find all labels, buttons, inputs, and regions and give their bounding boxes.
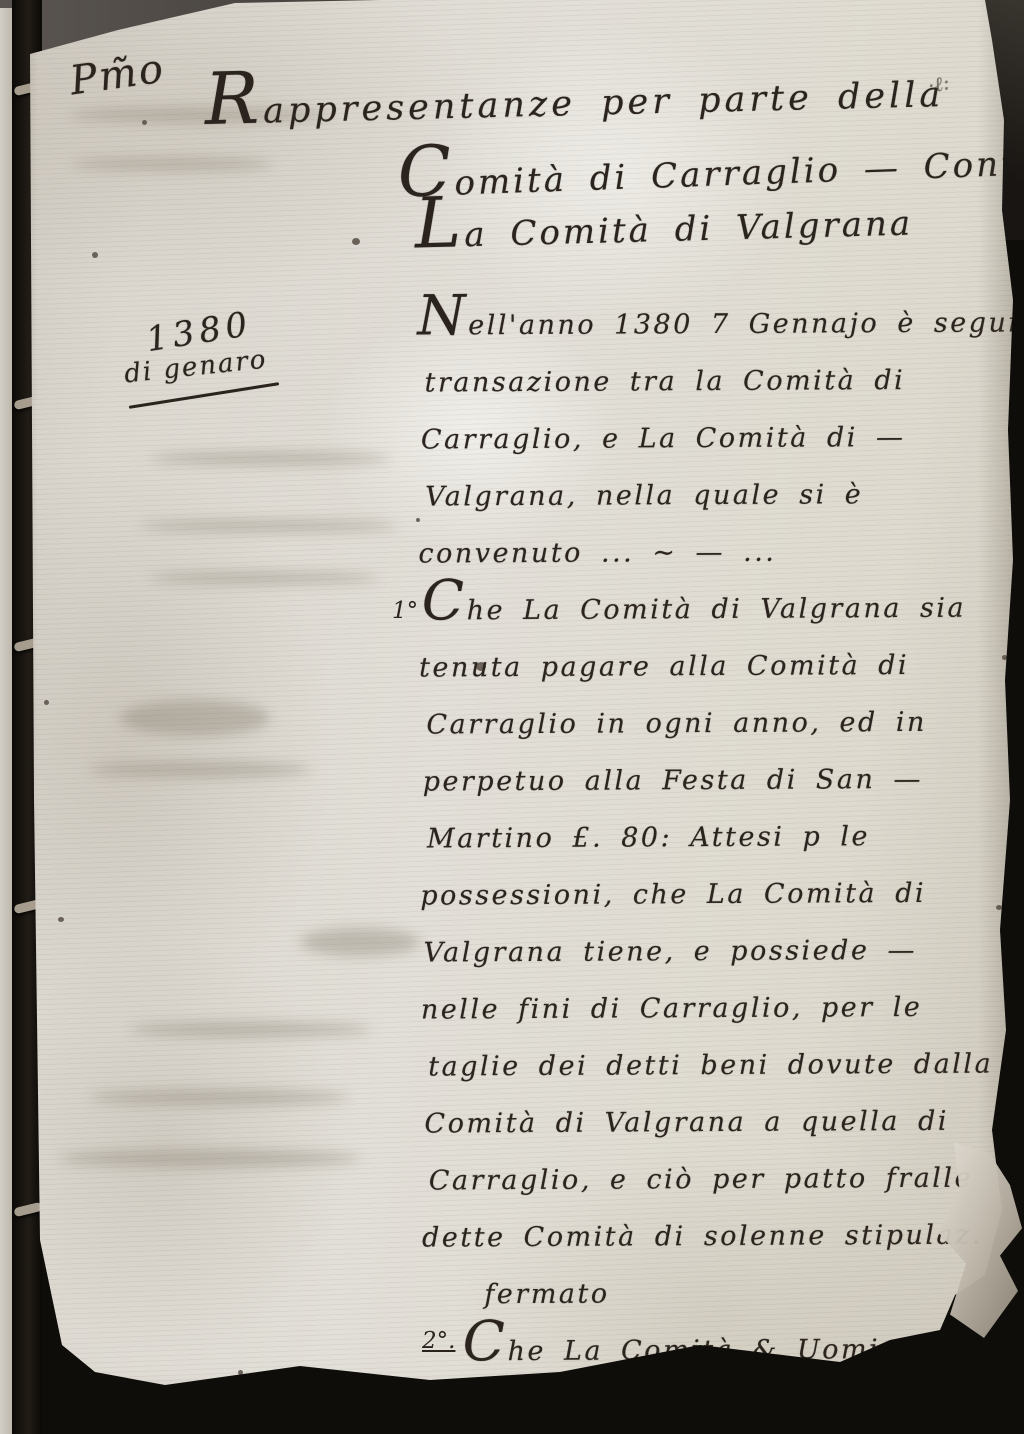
binding-stitch	[13, 1202, 42, 1218]
manuscript-page: Pm̃o ·ℓ: Rappresentanze per parte della …	[0, 0, 1024, 1434]
page-edge-shading	[0, 0, 1024, 1434]
manuscript-photo: Pm̃o ·ℓ: Rappresentanze per parte della …	[0, 0, 1024, 1434]
